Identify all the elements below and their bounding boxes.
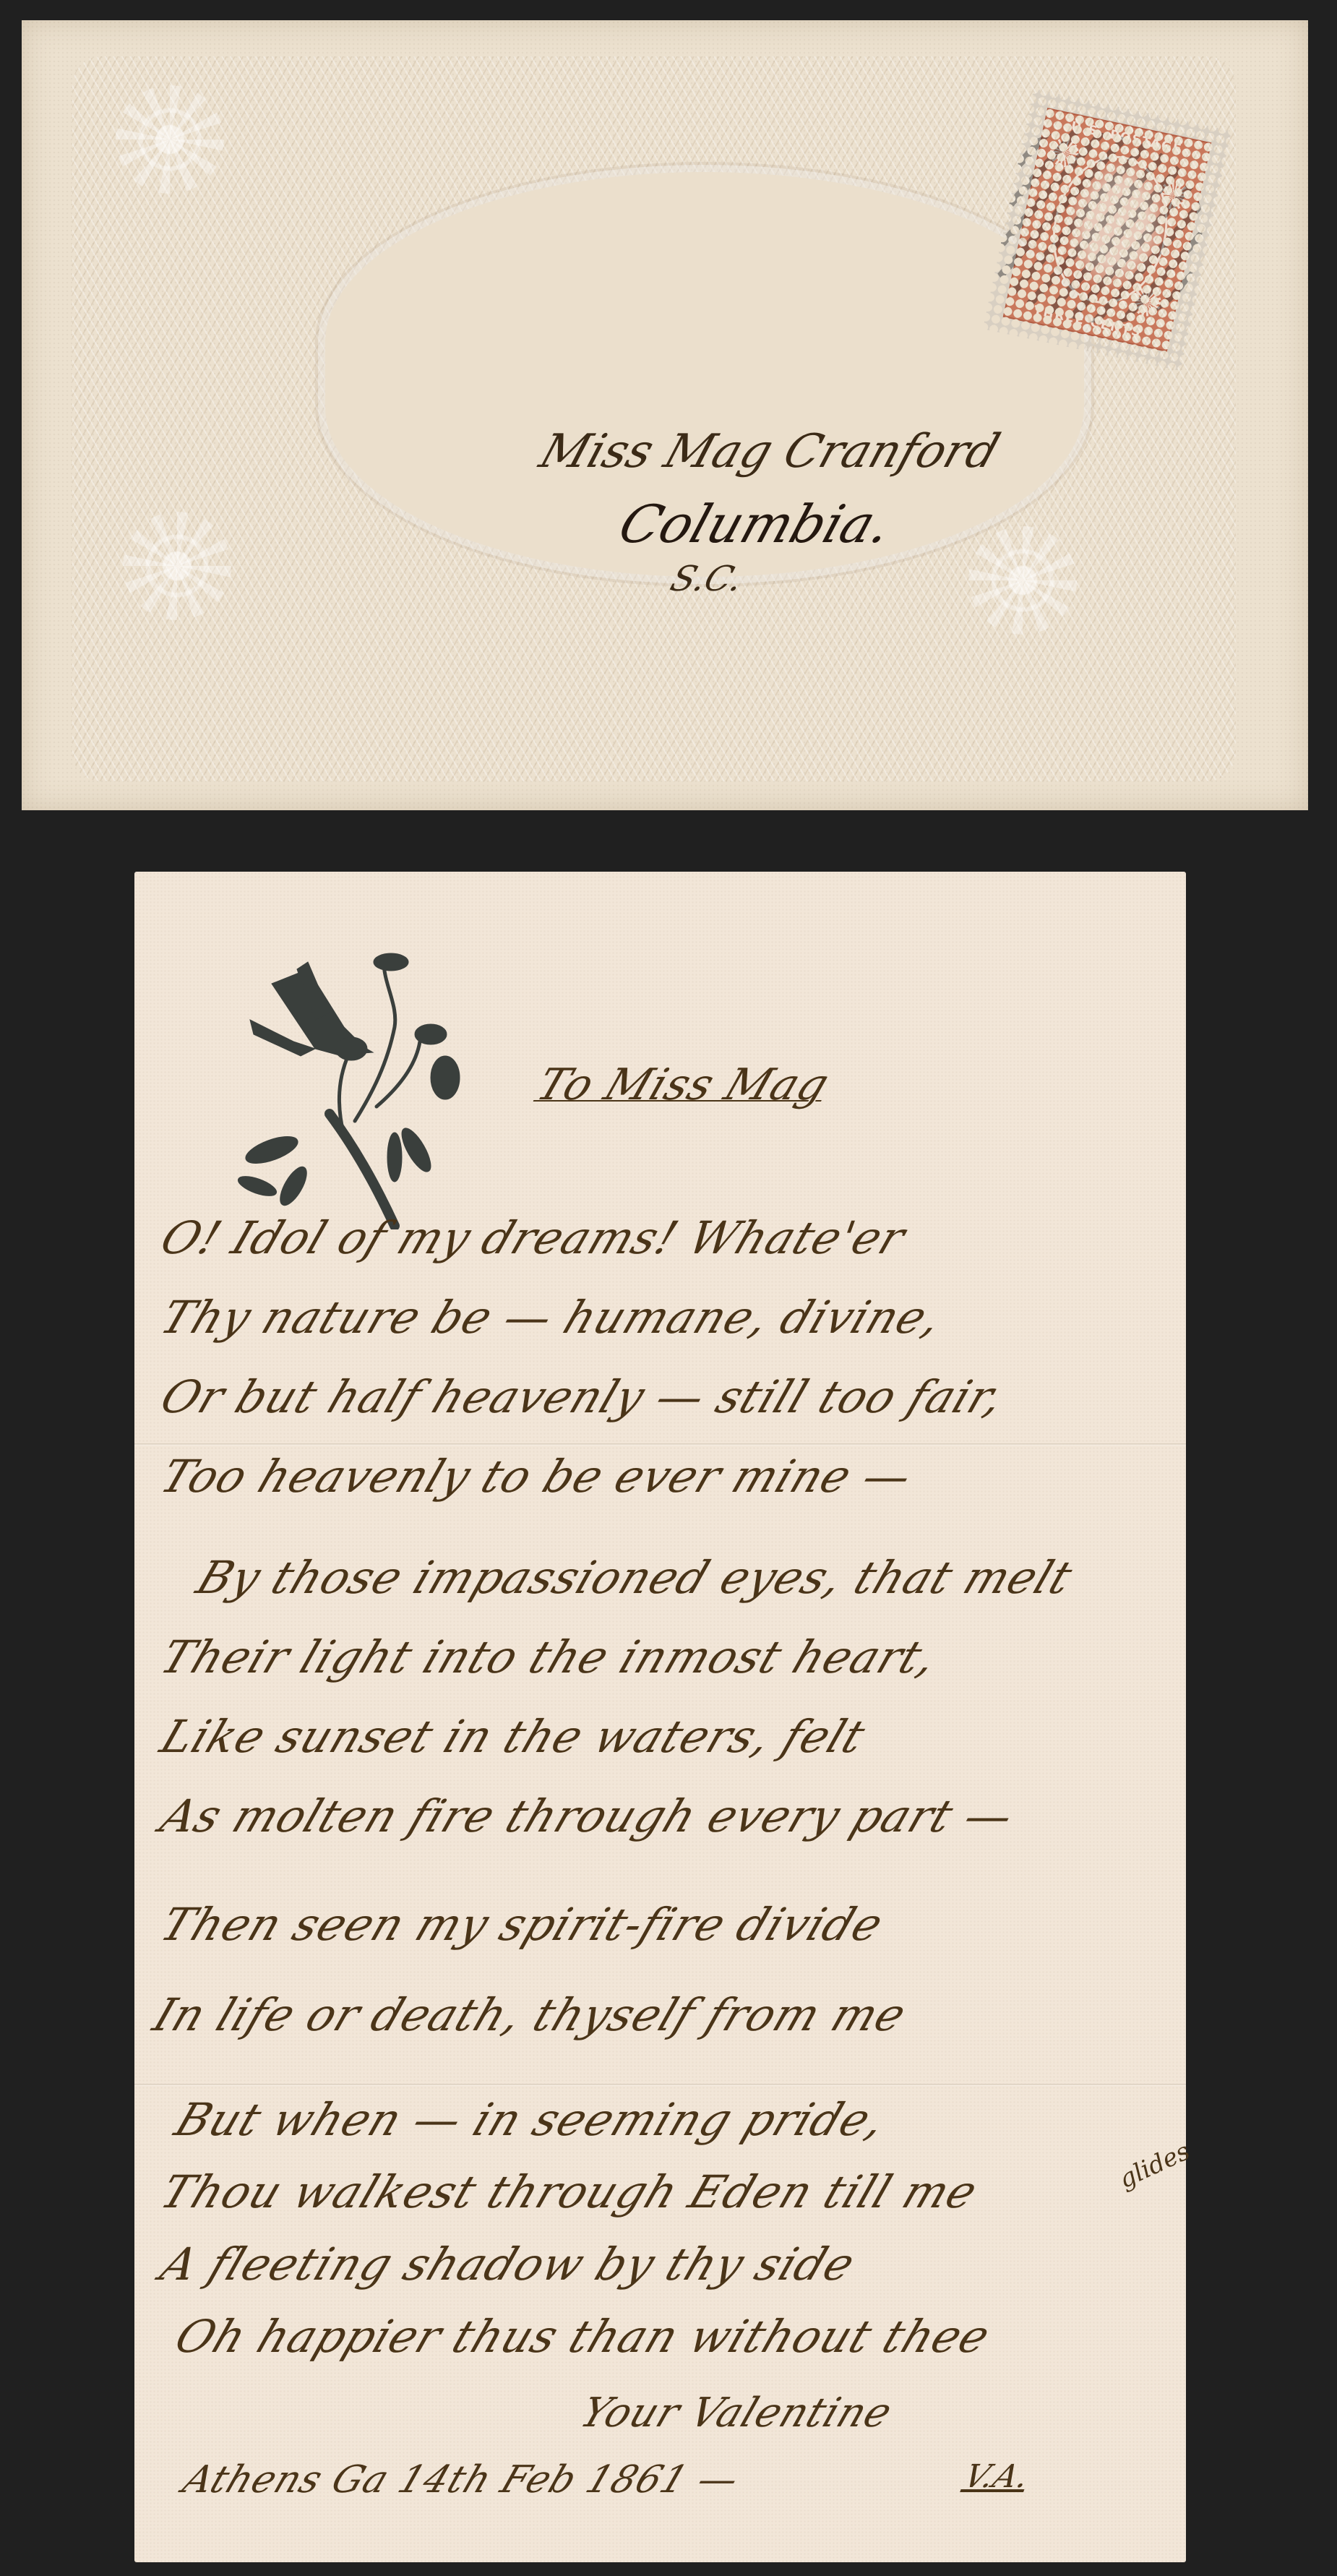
salutation: To Miss Mag (530, 1060, 836, 1110)
insertion-note: glides (1114, 2137, 1194, 2194)
address-state: S.C. (666, 559, 749, 599)
address-city: Columbia. (611, 494, 899, 554)
poem-line: As molten fire through every part — (154, 1790, 1022, 1842)
signature: Your Valentine (574, 2390, 899, 2437)
address-name: Miss Mag Cranford (533, 425, 1006, 478)
poem-line: Then seen my spirit-fire divide (154, 1898, 891, 1951)
poem-line: By those impassioned eyes, that melt (190, 1551, 1080, 1604)
embossed-rosette-icon (968, 526, 1077, 635)
dateline: Athens Ga 14th Feb 1861 — (177, 2458, 745, 2502)
poem-line: But when — in seeming pride, (168, 2093, 894, 2146)
poem-line: A fleeting shadow by thy side (154, 2238, 863, 2291)
poem-line: In life or death, thyself from me (147, 1988, 914, 2041)
poem-line: Oh happier thus than without thee (168, 2310, 998, 2363)
poem-line: O! Idol of my dreams! Whate'er (154, 1211, 913, 1264)
bird-on-branch-icon (228, 940, 503, 1229)
embossed-rosette-icon (116, 85, 224, 194)
poem-line: Too heavenly to be ever mine — (154, 1450, 920, 1503)
embossed-rosette-icon (123, 512, 231, 620)
fold-line (134, 2084, 1186, 2086)
fold-line (134, 1443, 1186, 1446)
poem-line: Their light into the inmost heart, (154, 1631, 945, 1683)
poem-line: Like sunset in the waters, felt (154, 1710, 873, 1763)
poem-line: Thy nature be — humane, divine, (154, 1291, 950, 1344)
poem-line: Or but half heavenly — still too fair, (154, 1370, 1012, 1423)
poem-line: Thou walkest through Eden till me (154, 2165, 985, 2218)
initials: V.A. (959, 2458, 1036, 2495)
valentine-letter: To Miss Mag O! Idol of my dreams! Whate'… (134, 872, 1186, 2562)
